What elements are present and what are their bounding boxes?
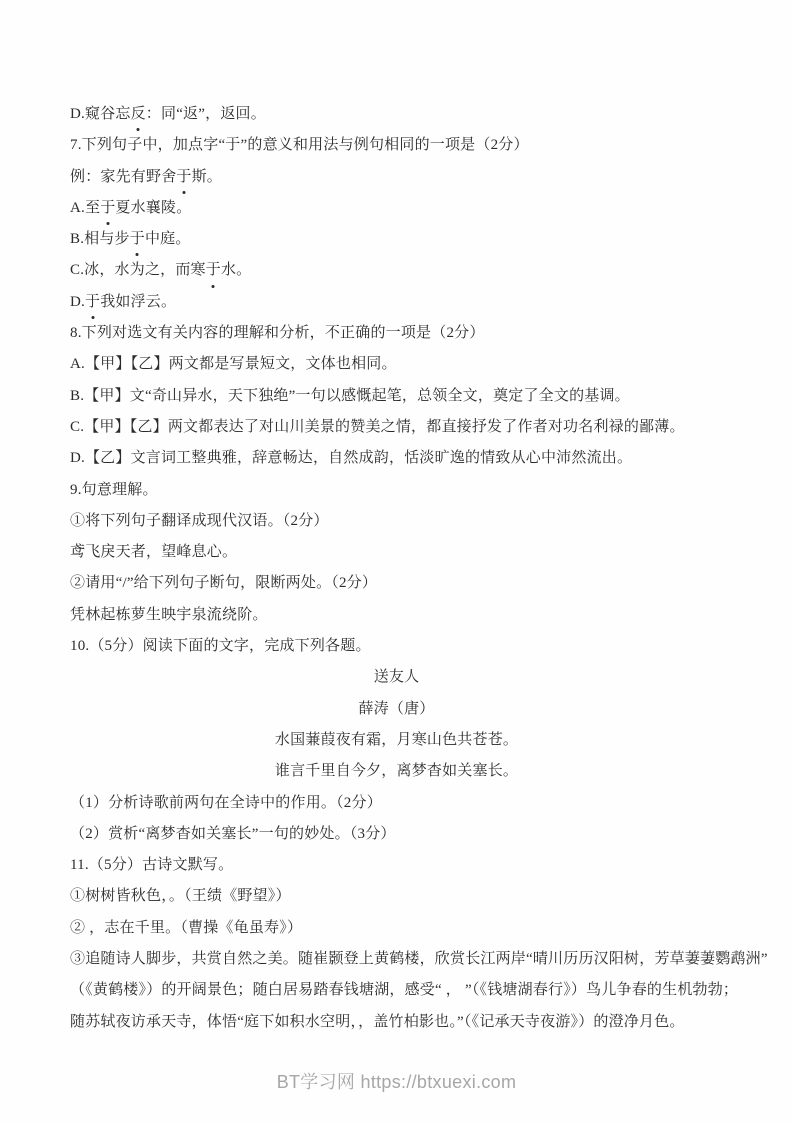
text-line: （《黄鹤楼》）的开阔景色；随白居易踏春钱塘湖，感受“ ， ”（《钱塘湖春行》）鸟… <box>0 975 793 1006</box>
text-run: 水国蒹葭夜有霜，月寒山色共苍苍。 <box>275 732 518 748</box>
text-line: ② ，志在千里。（曹操《龟虽寿》） <box>0 913 793 944</box>
emphasis-dot-char: 于 <box>130 224 145 255</box>
text-run: ：同“返”，返回。 <box>146 106 266 122</box>
text-run: A.【甲】【乙】两文都是写景短文，文体也相同。 <box>70 356 397 372</box>
text-line: A.【甲】【乙】两文都是写景短文，文体也相同。 <box>0 349 793 380</box>
emphasis-dot-char: 于 <box>176 162 191 193</box>
text-run: ①树树皆秋色，。（王绩《野望》） <box>70 888 291 904</box>
text-line: ②请用“/”给下列句子断句，限断两处。（2分） <box>0 568 793 599</box>
text-line: 薛涛（唐） <box>0 694 793 725</box>
text-line: B.【甲】文“奇山异水，天下独绝”一句以感慨起笔，总领全文，奠定了全文的基调。 <box>0 381 793 412</box>
text-run: ②请用“/”给下列句子断句，限断两处。（2分） <box>70 575 377 591</box>
emphasis-dot-char: 于 <box>206 255 221 286</box>
text-run: ③追随诗人脚步，共赏自然之美。随崔颢登上黄鹤楼，欣赏长江两岸“晴川历历汉阳树，芳… <box>70 951 768 967</box>
text-line: 7.下列句子中，加点字“于”的意义和用法与例句相同的一项是（2分） <box>0 130 793 161</box>
text-line: 11.（5分）古诗文默写。 <box>0 850 793 881</box>
text-line: 送友人 <box>0 662 793 693</box>
text-line: C.冰，水为之，而寒于水。 <box>0 255 793 286</box>
text-line: （1）分析诗歌前两句在全诗中的作用。（2分） <box>0 788 793 819</box>
text-run: D.【乙】文言词工整典雅，辞意畅达，自然成韵，恬淡旷逸的情致从心中沛然流出。 <box>70 450 632 466</box>
text-line: ①将下列句子翻译成现代汉语。（2分） <box>0 506 793 537</box>
text-line: 凭林起栋萝生映宇泉流绕阶。 <box>0 600 793 631</box>
text-line: B.相与步于中庭。 <box>0 224 793 255</box>
footer-watermark: BT学习网 https://btxuexi.com <box>0 1068 793 1094</box>
emphasis-dot-char: 反 <box>131 99 146 130</box>
emphasis-dot-char: 于 <box>85 287 100 318</box>
text-run: 例：家先有野舍 <box>70 169 176 185</box>
text-run: B.【甲】文“奇山异水，天下独绝”一句以感慨起笔，总领全文，奠定了全文的基调。 <box>70 388 630 404</box>
text-run: 9.句意理解。 <box>70 482 158 498</box>
text-line: 水国蒹葭夜有霜，月寒山色共苍苍。 <box>0 725 793 756</box>
text-run: 薛涛（唐） <box>358 701 434 717</box>
text-run: 8.下列对选文有关内容的理解和分析，不正确的一项是（2分） <box>70 325 485 341</box>
text-run: 11.（5分）古诗文默写。 <box>70 857 233 873</box>
text-run: 谁言千里自今夕，离梦杳如关塞长。 <box>275 763 518 779</box>
text-line: 鸢飞戾天者，望峰息心。 <box>0 537 793 568</box>
text-line: D.【乙】文言词工整典雅，辞意畅达，自然成韵，恬淡旷逸的情致从心中沛然流出。 <box>0 443 793 474</box>
text-line: A.至于夏水襄陵。 <box>0 193 793 224</box>
emphasis-dot-char: 于 <box>100 193 115 224</box>
text-run: 水。 <box>221 262 251 278</box>
text-run: D. <box>70 294 85 310</box>
text-run: （《黄鹤楼》）的开阔景色；随白居易踏春钱塘湖，感受“ ， ”（《钱塘湖春行》）鸟… <box>70 982 738 998</box>
text-line: C.【甲】【乙】两文都表达了对山川美景的赞美之情，都直接抒发了作者对功名利禄的鄙… <box>0 412 793 443</box>
text-line: （2）赏析“离梦杳如关塞长”一句的妙处。（3分） <box>0 819 793 850</box>
text-line: D.窥谷忘反：同“返”，返回。 <box>0 99 793 130</box>
document-lines: D.窥谷忘反：同“返”，返回。7.下列句子中，加点字“于”的意义和用法与例句相同… <box>0 99 793 1038</box>
text-run: 我如浮云。 <box>100 294 176 310</box>
text-run: A.至 <box>70 200 100 216</box>
exam-page: D.窥谷忘反：同“返”，返回。7.下列句子中，加点字“于”的意义和用法与例句相同… <box>0 0 793 1122</box>
text-line: 随苏轼夜访承天寺，体悟“庭下如积水空明，，盖竹柏影也。”（《记承天寺夜游》）的澄… <box>0 1007 793 1038</box>
text-run: ② ，志在千里。（曹操《龟虽寿》） <box>70 920 302 936</box>
text-run: C.冰，水为之，而寒 <box>70 262 206 278</box>
text-run: 中庭。 <box>145 231 191 247</box>
text-line: 例：家先有野舍于斯。 <box>0 162 793 193</box>
text-line: 8.下列对选文有关内容的理解和分析，不正确的一项是（2分） <box>0 318 793 349</box>
text-run: 随苏轼夜访承天寺，体悟“庭下如积水空明，，盖竹柏影也。”（《记承天寺夜游》）的澄… <box>70 1014 685 1030</box>
text-run: （1）分析诗歌前两句在全诗中的作用。（2分） <box>70 795 382 811</box>
text-run: 凭林起栋萝生映宇泉流绕阶。 <box>70 607 268 623</box>
text-line: 9.句意理解。 <box>0 475 793 506</box>
text-run: 夏水襄陵。 <box>115 200 191 216</box>
text-line: D.于我如浮云。 <box>0 287 793 318</box>
text-run: 7.下列句子中，加点字“于”的意义和用法与例句相同的一项是（2分） <box>70 137 529 153</box>
text-run: C.【甲】【乙】两文都表达了对山川美景的赞美之情，都直接抒发了作者对功名利禄的鄙… <box>70 419 685 435</box>
text-line: ①树树皆秋色，。（王绩《野望》） <box>0 881 793 912</box>
text-run: 10.（5分）阅读下面的文字，完成下列各题。 <box>70 638 371 654</box>
text-run: ①将下列句子翻译成现代汉语。（2分） <box>70 513 329 529</box>
text-run: （2）赏析“离梦杳如关塞长”一句的妙处。（3分） <box>70 826 396 842</box>
text-line: 10.（5分）阅读下面的文字，完成下列各题。 <box>0 631 793 662</box>
text-run: 送友人 <box>374 669 420 685</box>
text-run: 斯。 <box>192 169 222 185</box>
text-line: ③追随诗人脚步，共赏自然之美。随崔颢登上黄鹤楼，欣赏长江两岸“晴川历历汉阳树，芳… <box>0 944 793 975</box>
text-run: 鸢飞戾天者，望峰息心。 <box>70 544 237 560</box>
text-run: B.相与步 <box>70 231 130 247</box>
text-line: 谁言千里自今夕，离梦杳如关塞长。 <box>0 756 793 787</box>
text-run: D.窥谷忘 <box>70 106 131 122</box>
